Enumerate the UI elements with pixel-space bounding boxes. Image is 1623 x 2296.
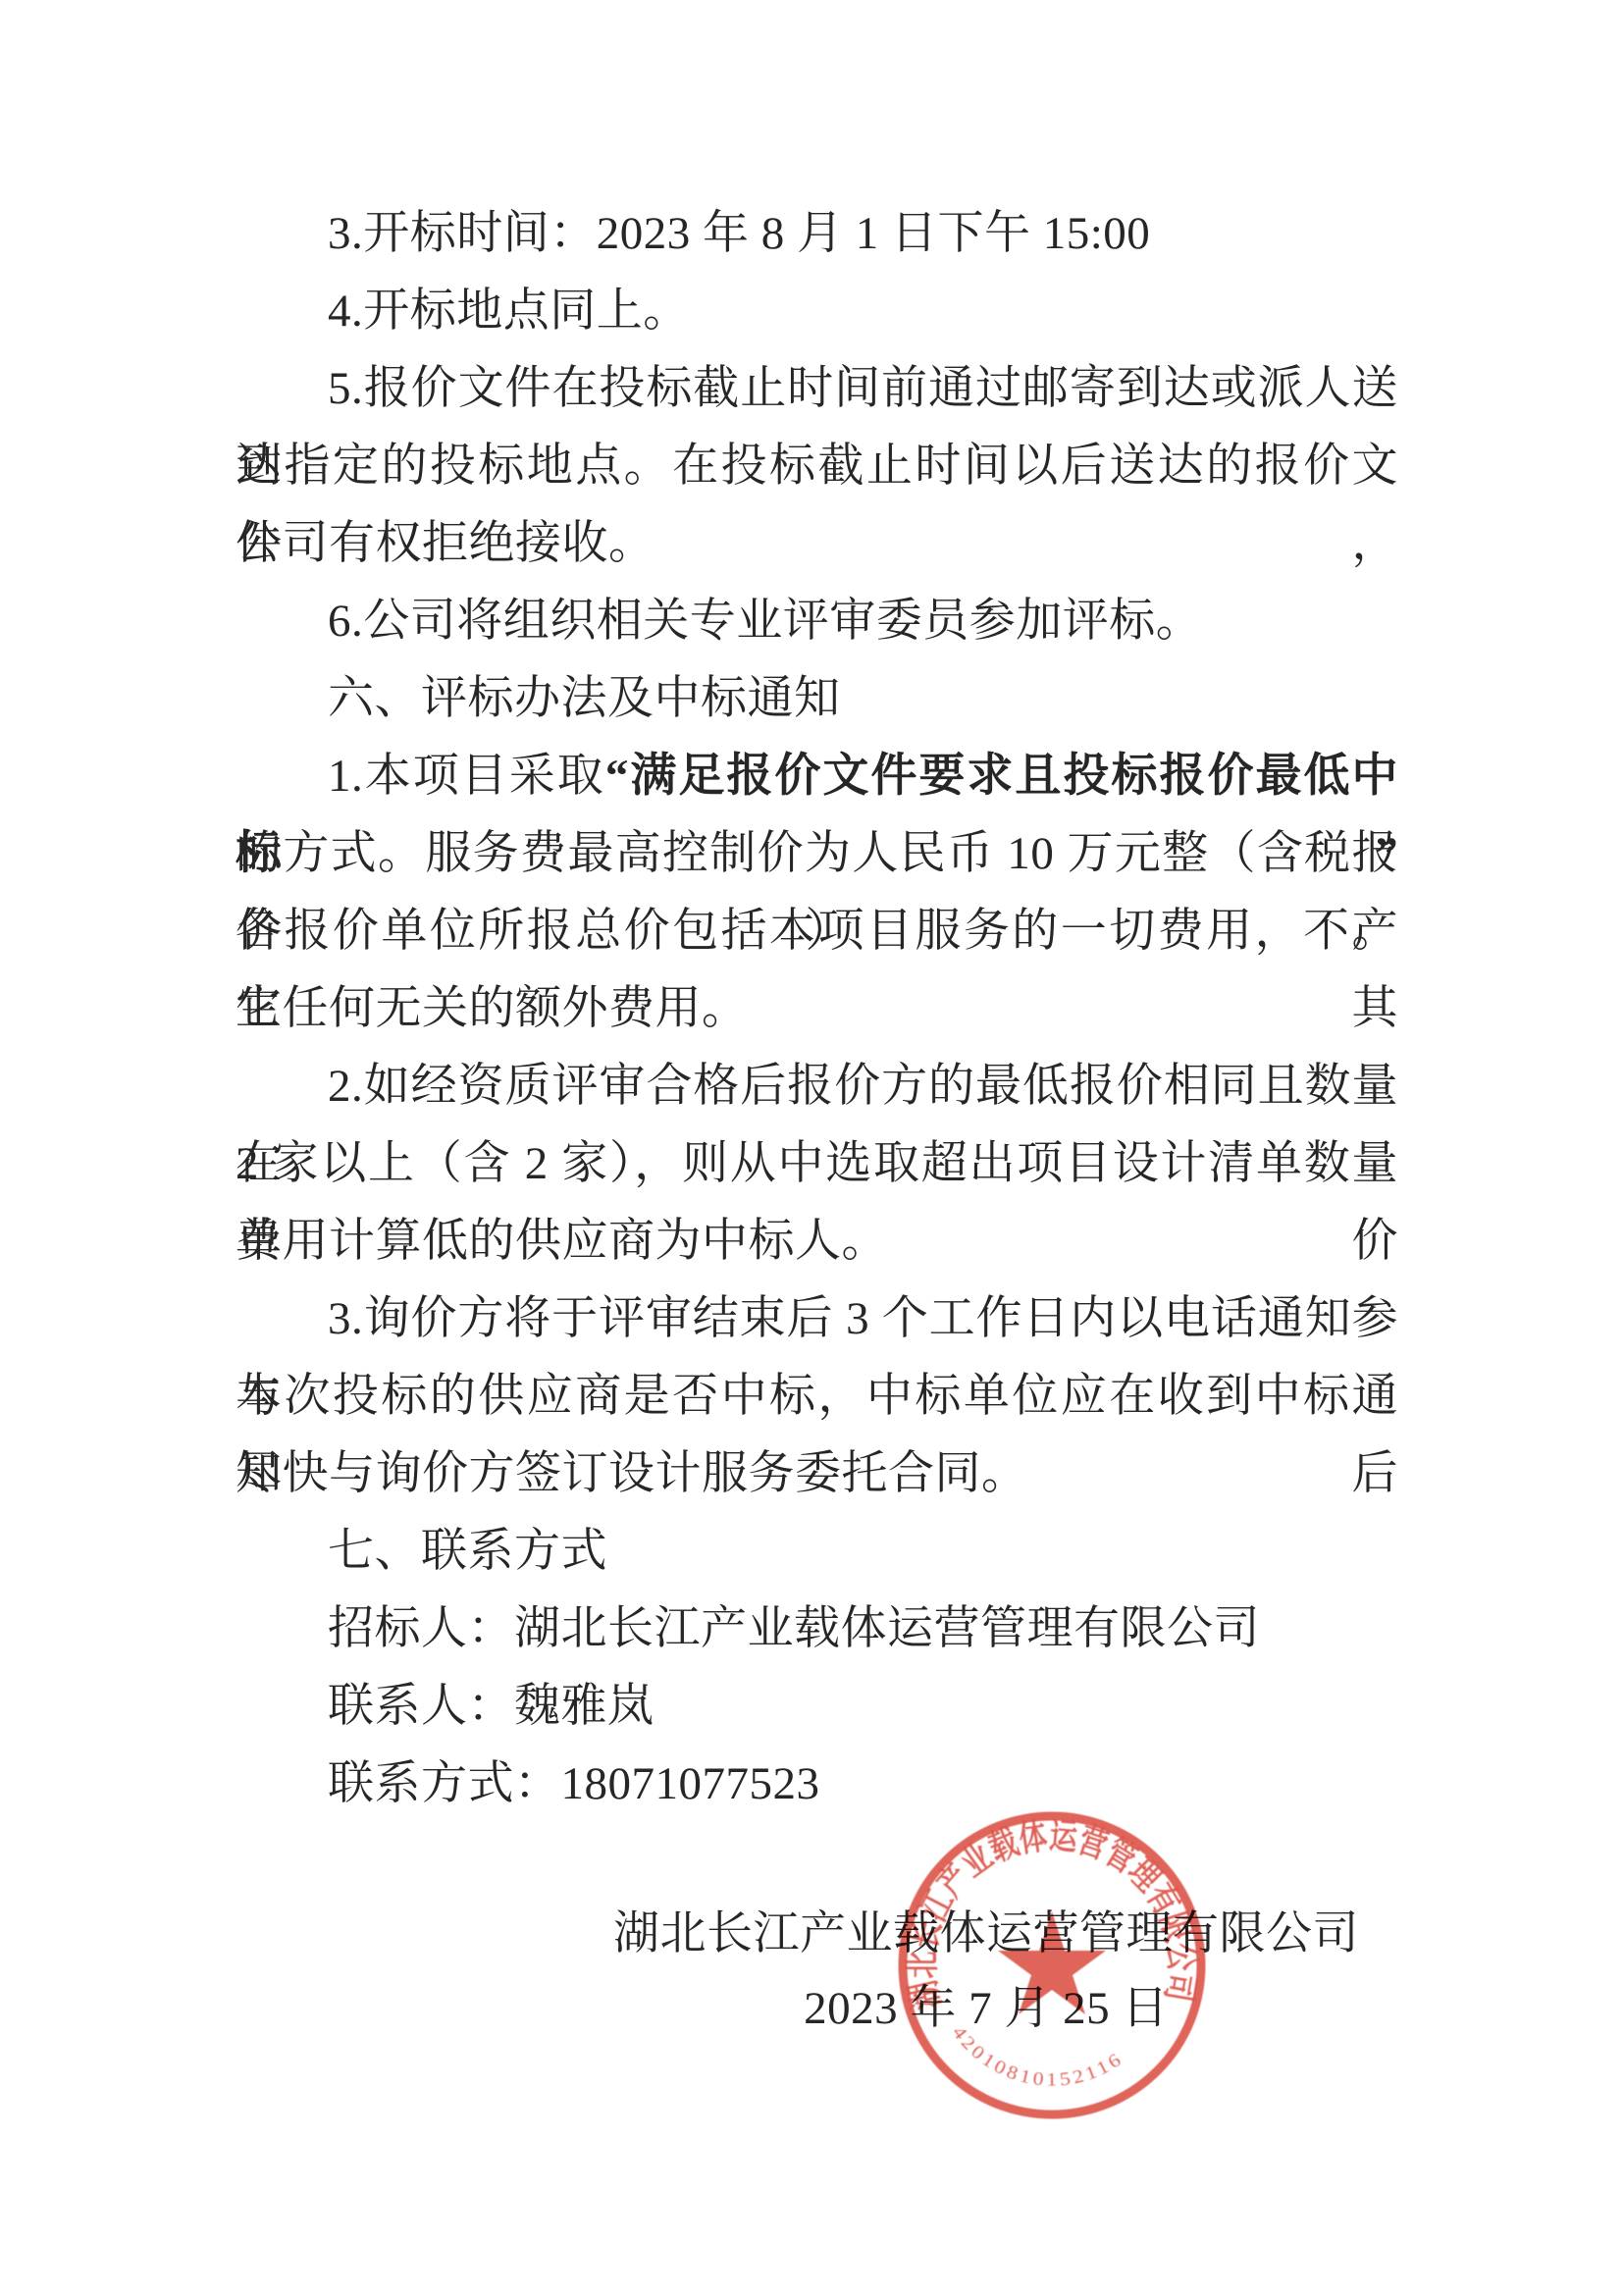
text-line: 5.报价文件在投标截止时间前通过邮寄到达或派人送达 (236, 350, 1398, 428)
text-line: 1.本项目采取“满足报价文件要求且投标报价最低中标” (236, 738, 1398, 815)
text-segment: 公司有权拒绝接收。 (236, 518, 655, 569)
svg-text:42010810152116: 42010810152116 (948, 2022, 1127, 2090)
stamp-number: 42010810152116 (948, 2022, 1127, 2090)
text-segment: 联系人：魏雅岚 (328, 1681, 654, 1732)
text-line: 招标人：湖北长江产业载体运营管理有限公司 (236, 1591, 1398, 1668)
text-segment: 七、联系方式 (328, 1526, 607, 1577)
text-line: 七、联系方式 (236, 1513, 1398, 1591)
text-line: 联系人：魏雅岚 (236, 1668, 1398, 1746)
text-segment: 招标人：湖北长江产业载体运营管理有限公司 (328, 1603, 1260, 1654)
document-page: 3.开标时间：2023 年 8 月 1 日下午 15:004.开标地点同上。5.… (0, 0, 1623, 2296)
text-segment: 费用计算低的供应商为中标人。 (236, 1216, 888, 1267)
text-line: 到指定的投标地点。在投标截止时间以后送达的报价文件， (236, 428, 1398, 505)
stamp-star-icon (998, 1911, 1106, 2014)
text-line: 3.开标时间：2023 年 8 月 1 日下午 15:00 (236, 195, 1398, 273)
text-line: 本次投标的供应商是否中标，中标单位应在收到中标通知后 (236, 1358, 1398, 1435)
text-line: 2.如经资质评审合格后报价方的最低报价相同且数量在 (236, 1048, 1398, 1125)
text-segment: 6.公司将组织相关专业评审委员参加评标。 (328, 596, 1202, 647)
text-line: 3.询价方将于评审结束后 3 个工作日内以电话通知参与 (236, 1280, 1398, 1358)
text-segment: 它任何无关的额外费用。 (236, 983, 749, 1034)
company-stamp: 湖北长江产业载体运营管理有限公司 42010810152116 (888, 1801, 1216, 2129)
text-segment: 1.本项目采取 (328, 751, 605, 802)
text-segment: 六、评标办法及中标通知 (328, 673, 841, 724)
text-line: 6.公司将组织相关专业评审委员参加评标。 (236, 583, 1398, 660)
text-line: 2 家以上（含 2 家），则从中选取超出项目设计清单数量单价 (236, 1125, 1398, 1203)
text-segment: 尽快与询价方签订设计服务委托合同。 (236, 1448, 1028, 1499)
text-segment: 联系方式：18071077523 (328, 1758, 820, 1809)
text-line: 4.开标地点同上。 (236, 273, 1398, 350)
document-body: 3.开标时间：2023 年 8 月 1 日下午 15:004.开标地点同上。5.… (236, 195, 1398, 1823)
text-line: 各报价单位所报总价包括本项目服务的一切费用，不产生其 (236, 893, 1398, 970)
text-segment: 4.开标地点同上。 (328, 286, 690, 337)
text-line: 联系方式：18071077523 (236, 1746, 1398, 1823)
text-line: 六、评标办法及中标通知 (236, 660, 1398, 738)
text-segment: 3.开标时间：2023 年 8 月 1 日下午 15:00 (328, 208, 1150, 259)
text-line: 的方式。服务费最高控制价为人民币 10 万元整（含税报价）。 (236, 815, 1398, 893)
